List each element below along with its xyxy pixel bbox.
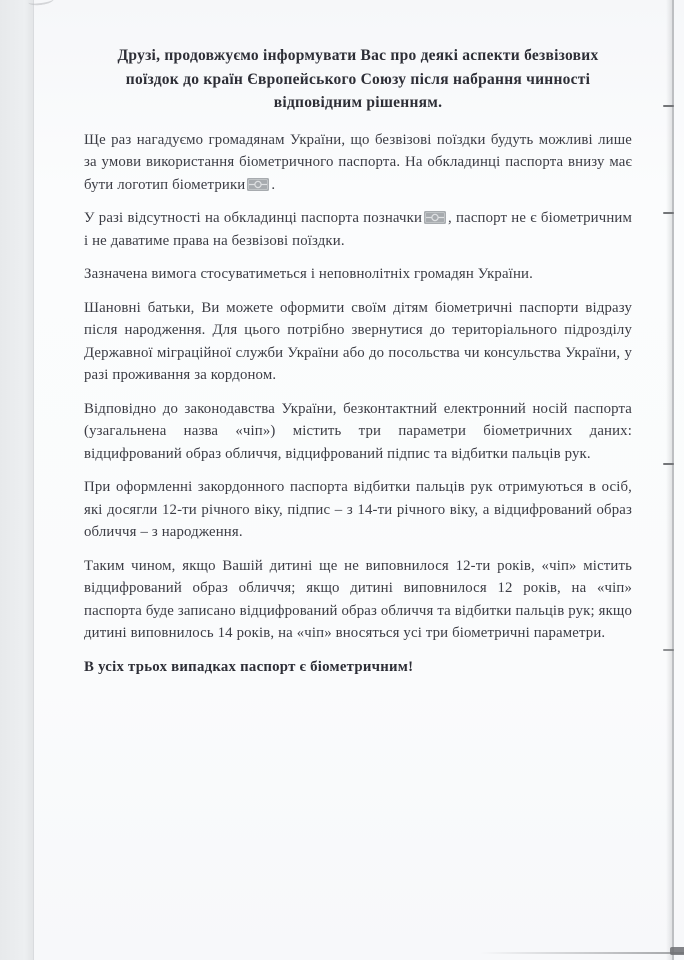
paragraph-age-thresholds: При оформленні закордонного паспорта від… xyxy=(84,476,632,544)
paragraph-parents-info: Шановні батьки, Ви можете оформити своїм… xyxy=(84,297,632,387)
paragraph-passport-requirement: Ще раз нагадуємо громадянам України, що … xyxy=(84,129,632,197)
scan-edge-tick xyxy=(663,463,674,465)
paragraph-age-cases: Таким чином, якщо Вашій дитині ще не вип… xyxy=(84,555,632,645)
paragraph-chip-contents: Відповідно до законодавства України, без… xyxy=(84,398,632,466)
biometric-symbol-icon xyxy=(247,178,269,191)
paragraph-missing-mark: У разі відсутності на обкладинці паспорт… xyxy=(84,207,632,252)
biometric-symbol-icon xyxy=(424,211,446,224)
paragraph-conclusion: В усіх трьох випадках паспорт є біометри… xyxy=(84,656,632,679)
document-body: Друзі, продовжуємо інформувати Вас про д… xyxy=(84,44,632,689)
scan-edge-tick xyxy=(663,649,674,651)
scanned-page: Друзі, продовжуємо інформувати Вас про д… xyxy=(0,0,684,960)
scan-left-shadow-band xyxy=(0,0,34,960)
paragraph-text: У разі відсутності на обкладинці паспорт… xyxy=(84,210,422,226)
paragraph-text: Ще раз нагадуємо громадянам України, що … xyxy=(84,132,632,193)
paragraph-text: . xyxy=(271,177,275,193)
scan-right-edge-line xyxy=(672,0,674,960)
paragraph-minors-requirement: Зазначена вимога стосуватиметься і непов… xyxy=(84,263,632,286)
scan-bottom-edge-line xyxy=(480,952,684,954)
scan-edge-tick xyxy=(663,105,674,107)
document-heading: Друзі, продовжуємо інформувати Вас про д… xyxy=(84,44,632,115)
scan-edge-tick xyxy=(663,212,674,214)
scan-bottom-corner-artifact xyxy=(670,947,684,955)
